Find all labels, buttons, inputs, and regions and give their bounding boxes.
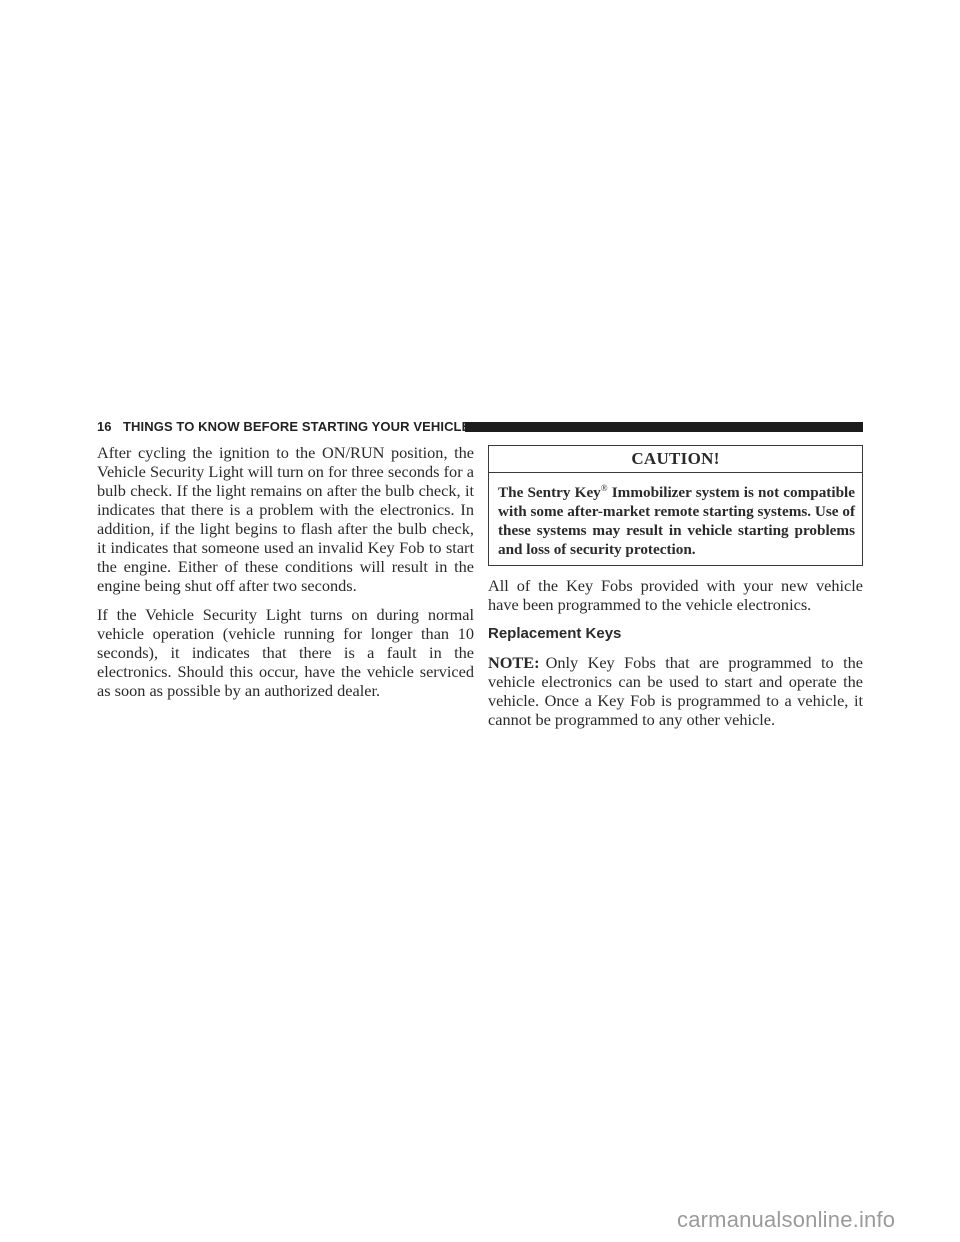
left-column: After cycling the ignition to the ON/RUN… [97,443,474,710]
header-rule-bar [465,422,863,432]
note-label: NOTE: [488,653,540,672]
paragraph-security-light-fault: If the Vehicle Security Light turns on d… [97,605,474,700]
caution-title: CAUTION! [489,446,862,473]
page-number: 16 [97,419,123,434]
paragraph-security-light-bulb-check: After cycling the ignition to the ON/RUN… [97,443,474,595]
caution-box: CAUTION! The Sentry Key® Immobilizer sys… [488,445,863,566]
subheading-replacement-keys: Replacement Keys [488,624,863,643]
watermark-link[interactable]: carmanualsonline.info [677,1207,895,1233]
right-column: CAUTION! The Sentry Key® Immobilizer sys… [488,443,863,739]
caution-text-start: The Sentry Key [498,484,601,501]
registered-mark-icon: ® [601,483,608,493]
note-text: Only Key Fobs that are programmed to the… [488,653,863,729]
caution-text: The Sentry Key® Immobilizer system is no… [489,473,862,565]
section-title: THINGS TO KNOW BEFORE STARTING YOUR VEHI… [123,419,470,434]
paragraph-key-fobs-programmed: All of the Key Fobs provided with your n… [488,576,863,614]
note-paragraph: NOTE:Only Key Fobs that are programmed t… [488,653,863,729]
